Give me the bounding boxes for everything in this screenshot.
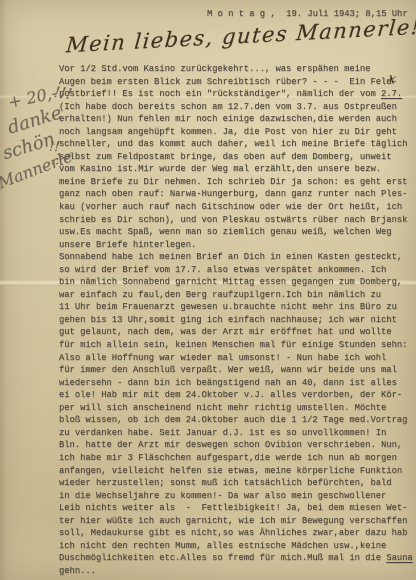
underlined-date: 2.7. [381,89,402,99]
body-segment-3: gehn... [59,566,96,576]
margin-note-exclamations: !!! [53,83,73,103]
body-segment-1: Vor 1/2 Std.vom Kasino zurückgekehrt...,… [59,64,397,99]
page-edge-shadow [0,0,7,580]
underlined-sauna: Sauna [386,553,412,563]
letter-page: M o n t a g , 19. Juli 1943; 8,15 Uhr Me… [0,0,416,580]
letter-body: Vor 1/2 Std.vom Kasino zurückgekehrt...,… [59,63,413,577]
body-segment-2: (Ich habe doch bereits schon am 12.7.den… [59,102,407,564]
handwritten-salutation: Mein liebes, gutes Mannerle! [65,15,416,58]
